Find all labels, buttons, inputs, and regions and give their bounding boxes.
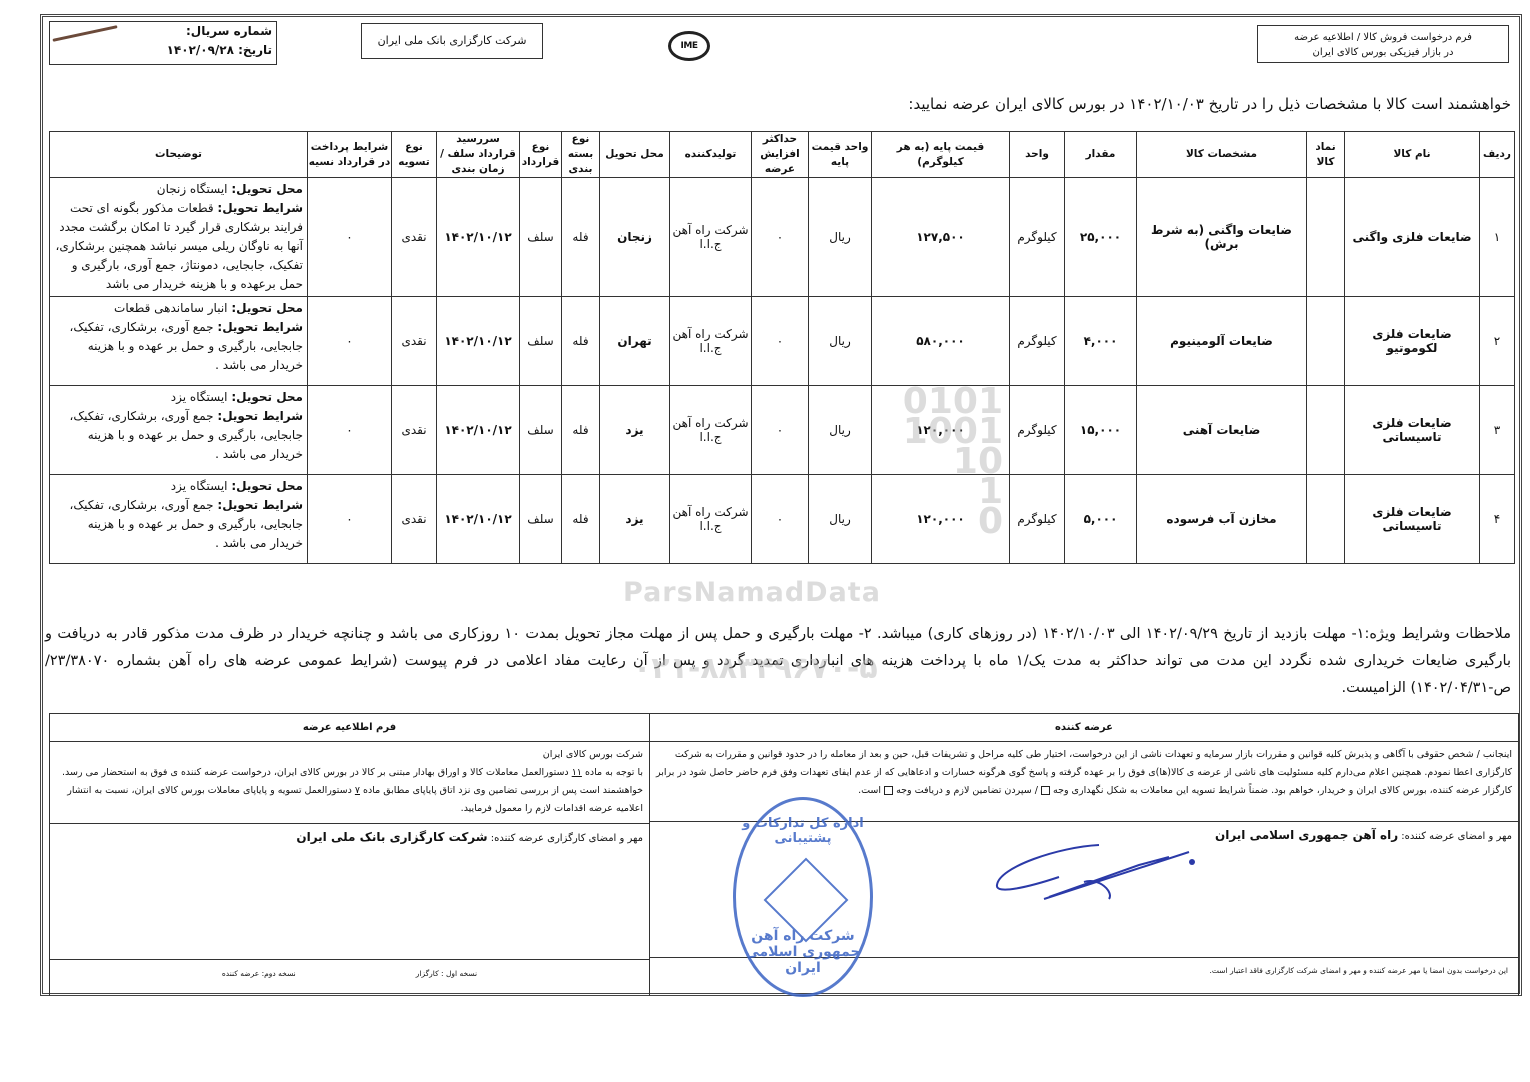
article-number-2: ۷ [355, 785, 360, 796]
broker-signature-area: مهر و امضای کارگزاری عرضه کننده: شرکت کا… [50, 824, 649, 960]
cell-packing: فله [562, 178, 600, 297]
notes-place: ایستگاه یزد [171, 479, 228, 493]
cell-unit: کیلوگرم [1010, 297, 1065, 386]
table-row: ۲ ضایعات فلزی لکوموتیو ضایعات آلومینیوم … [50, 297, 1515, 386]
cell-delivery-place: یزد [600, 386, 670, 475]
cell-producer: شرکت راه آهن ج.ا.ا [670, 475, 752, 564]
form-title-box: فرم درخواست فروش کالا / اطلاعیه عرضه در … [1257, 25, 1509, 63]
announcement-column: فرم اطلاعیه عرضه شرکت بورس کالای ایران ب… [49, 714, 649, 996]
col-header-qty: مقدار [1065, 132, 1137, 178]
supplier-signature-label: مهر و امضای عرضه کننده: [1401, 831, 1512, 842]
cell-credit-terms: ۰ [308, 475, 392, 564]
broker-signature-line: مهر و امضای کارگزاری عرضه کننده: شرکت کا… [50, 824, 649, 850]
checkbox-hold-funds[interactable] [1041, 786, 1050, 795]
col-header-max-increase: حداکثر افزایش عرضه [752, 132, 809, 178]
cell-notes: محل تحویل: انبار ساماندهی قطعات شرایط تح… [50, 297, 308, 386]
cell-max-increase: ۰ [752, 386, 809, 475]
cell-producer: شرکت راه آهن ج.ا.ا [670, 386, 752, 475]
cell-price-unit: ریال [809, 475, 872, 564]
form-title-line2: در بازار فیزیکی بورس کالای ایران [1258, 45, 1508, 60]
notes-place: ایستگاه یزد [171, 390, 228, 404]
items-table: ردیف نام کالا نماد کالا مشخصات کالا مقدا… [49, 131, 1515, 564]
cell-max-increase: ۰ [752, 178, 809, 297]
col-header-credit-terms: شرایط پرداخت در قرارداد نسیه [308, 132, 392, 178]
announcement-addressee: شرکت بورس کالای ایران [56, 746, 643, 764]
cell-spec: ضایعات آهنی [1137, 386, 1307, 475]
copy-2-label: نسخه دوم: عرضه کننده [222, 969, 296, 978]
cell-notes: محل تحویل: ایستگاه یزد شرایط تحویل: جمع … [50, 475, 308, 564]
notes-terms-label: شرایط تحویل: [217, 201, 303, 215]
cell-qty: ۱۵,۰۰۰ [1065, 386, 1137, 475]
col-header-row-no: ردیف [1480, 132, 1515, 178]
cell-due-date: ۱۴۰۲/۱۰/۱۲ [437, 178, 520, 297]
copy-distribution: نسخه اول : کارگزار نسخه دوم: عرضه کننده [50, 960, 649, 987]
cell-unit: کیلوگرم [1010, 475, 1065, 564]
cell-settlement: نقدی [392, 386, 437, 475]
cell-qty: ۲۵,۰۰۰ [1065, 178, 1137, 297]
intro-sentence: خواهشمند است کالا با مشخصات ذیل را در تا… [908, 95, 1511, 113]
supplier-declaration-text-3: است. [858, 785, 881, 796]
cell-base-price: ۱۲۷,۵۰۰ [872, 178, 1010, 297]
announcement-title: فرم اطلاعیه عرضه [50, 714, 649, 742]
cell-due-date: ۱۴۰۲/۱۰/۱۲ [437, 475, 520, 564]
cell-credit-terms: ۰ [308, 297, 392, 386]
cell-delivery-place: تهران [600, 297, 670, 386]
cell-price-unit: ریال [809, 386, 872, 475]
cell-name: ضایعات فلزی واگنی [1345, 178, 1480, 297]
notes-place: ایستگاه زنجان [157, 182, 228, 196]
notes-terms-label: شرایط تحویل: [217, 320, 303, 334]
cell-price-unit: ریال [809, 297, 872, 386]
notes-place: انبار ساماندهی قطعات [114, 301, 227, 315]
cell-name: ضایعات فلزی تاسیساتی [1345, 475, 1480, 564]
request-form-page: فرم درخواست فروش کالا / اطلاعیه عرضه در … [40, 14, 1522, 996]
col-header-name: نام کالا [1345, 132, 1480, 178]
notes-place-label: محل تحویل: [231, 182, 303, 196]
cell-unit: کیلوگرم [1010, 386, 1065, 475]
supplier-declaration-text-2: / سپردن تضامین لازم و دریافت وجه [896, 785, 1038, 796]
broker-signature-label: مهر و امضای کارگزاری عرضه کننده: [491, 833, 643, 844]
table-row: ۳ ضایعات فلزی تاسیساتی ضایعات آهنی ۱۵,۰۰… [50, 386, 1515, 475]
cell-delivery-place: زنجان [600, 178, 670, 297]
cell-row-no: ۴ [1480, 475, 1515, 564]
article-number-1: ۱۱ [572, 767, 582, 778]
cell-symbol [1307, 178, 1345, 297]
cell-qty: ۴,۰۰۰ [1065, 297, 1137, 386]
form-title-line1: فرم درخواست فروش کالا / اطلاعیه عرضه [1258, 30, 1508, 45]
cell-spec: ضایعات آلومینیوم [1137, 297, 1307, 386]
table-row: ۱ ضایعات فلزی واگنی ضایعات واگنی (به شرط… [50, 178, 1515, 297]
supplier-signature-name: راه آهن جمهوری اسلامی ایران [1215, 828, 1398, 842]
col-header-due-date: سررسید قرارداد سلف / زمان بندی [437, 132, 520, 178]
form-date: تاریخ: ۱۴۰۲/۰۹/۲۸ [50, 41, 272, 60]
col-header-producer: تولیدکننده [670, 132, 752, 178]
col-header-packing: نوع بسته بندی [562, 132, 600, 178]
cell-notes: محل تحویل: ایستگاه یزد شرایط تحویل: جمع … [50, 386, 308, 475]
broker-signature-name: شرکت کارگزاری بانک ملی ایران [296, 830, 487, 844]
cell-qty: ۵,۰۰۰ [1065, 475, 1137, 564]
cell-contract-type: سلف [520, 297, 562, 386]
cell-base-price: ۱۲۰,۰۰۰ [872, 386, 1010, 475]
col-header-symbol: نماد کالا [1307, 132, 1345, 178]
notes-place-label: محل تحویل: [231, 479, 303, 493]
cell-name: ضایعات فلزی تاسیساتی [1345, 386, 1480, 475]
special-conditions: ملاحظات وشرایط ویژه:۱- مهلت بازدید از تا… [45, 621, 1511, 702]
cell-settlement: نقدی [392, 178, 437, 297]
cell-spec: ضایعات واگنی (به شرط برش) [1137, 178, 1307, 297]
cell-packing: فله [562, 386, 600, 475]
notes-terms-label: شرایط تحویل: [217, 498, 303, 512]
cell-contract-type: سلف [520, 475, 562, 564]
cell-delivery-place: یزد [600, 475, 670, 564]
notes-terms-label: شرایط تحویل: [217, 409, 303, 423]
cell-spec: مخازن آب فرسوده [1137, 475, 1307, 564]
table-header-row: ردیف نام کالا نماد کالا مشخصات کالا مقدا… [50, 132, 1515, 178]
cell-settlement: نقدی [392, 297, 437, 386]
cell-row-no: ۳ [1480, 386, 1515, 475]
broker-name-box: شرکت کارگزاری بانک ملی ایران [361, 23, 543, 59]
notes-place-label: محل تحویل: [231, 301, 303, 315]
supplier-declaration-text: اینجانب / شخص حقوقی با آگاهی و پذیرش کلی… [656, 749, 1512, 796]
cell-symbol [1307, 475, 1345, 564]
stamp-bottom-text: شرکت راه آهن جمهوری اسلامی ایران [736, 928, 870, 976]
cell-contract-type: سلف [520, 386, 562, 475]
cell-symbol [1307, 386, 1345, 475]
copy-1-label: نسخه اول : کارگزار [416, 969, 477, 978]
stamp-top-text: اداره کل تدارکات و پشتیبانی [736, 816, 870, 846]
serial-date-box: شماره سریال: تاریخ: ۱۴۰۲/۰۹/۲۸ [49, 21, 277, 65]
col-header-delivery-place: محل تحویل [600, 132, 670, 178]
checkbox-deposit-guarantee[interactable] [884, 786, 893, 795]
cell-name: ضایعات فلزی لکوموتیو [1345, 297, 1480, 386]
cell-producer: شرکت راه آهن ج.ا.ا [670, 297, 752, 386]
cell-settlement: نقدی [392, 475, 437, 564]
cell-row-no: ۲ [1480, 297, 1515, 386]
handwritten-signature-icon [989, 837, 1209, 907]
cell-max-increase: ۰ [752, 475, 809, 564]
col-header-unit: واحد [1010, 132, 1065, 178]
official-stamp-icon: اداره کل تدارکات و پشتیبانی شرکت راه آهن… [733, 797, 873, 997]
col-header-base-price: قیمت پایه (به هر کیلوگرم) [872, 132, 1010, 178]
notes-place-label: محل تحویل: [231, 390, 303, 404]
cell-row-no: ۱ [1480, 178, 1515, 297]
cell-packing: فله [562, 475, 600, 564]
col-header-settlement: نوع تسویه [392, 132, 437, 178]
watermark-brand: ParsNamadData [623, 577, 881, 608]
cell-credit-terms: ۰ [308, 178, 392, 297]
cell-base-price: ۱۲۰,۰۰۰ [872, 475, 1010, 564]
cell-credit-terms: ۰ [308, 386, 392, 475]
col-header-spec: مشخصات کالا [1137, 132, 1307, 178]
cell-notes: محل تحویل: ایستگاه زنجان شرایط تحویل: قط… [50, 178, 308, 297]
announcement-text-a: با توجه به ماده [585, 767, 643, 778]
cell-price-unit: ریال [809, 178, 872, 297]
cell-due-date: ۱۴۰۲/۱۰/۱۲ [437, 386, 520, 475]
col-header-price-unit: واحد قیمت پایه [809, 132, 872, 178]
cell-producer: شرکت راه آهن ج.ا.ا [670, 178, 752, 297]
cell-unit: کیلوگرم [1010, 178, 1065, 297]
supplier-title: عرضه کننده [650, 714, 1518, 742]
table-row: ۴ ضایعات فلزی تاسیساتی مخازن آب فرسوده ۵… [50, 475, 1515, 564]
cell-due-date: ۱۴۰۲/۱۰/۱۲ [437, 297, 520, 386]
ime-logo-icon: IME [668, 31, 710, 61]
col-header-notes: توضیحات [50, 132, 308, 178]
col-header-contract-type: نوع قرارداد [520, 132, 562, 178]
announcement-body: شرکت بورس کالای ایران با توجه به ماده ۱۱… [50, 742, 649, 824]
cell-symbol [1307, 297, 1345, 386]
cell-packing: فله [562, 297, 600, 386]
cell-max-increase: ۰ [752, 297, 809, 386]
cell-base-price: ۵۸۰,۰۰۰ [872, 297, 1010, 386]
cell-contract-type: سلف [520, 178, 562, 297]
